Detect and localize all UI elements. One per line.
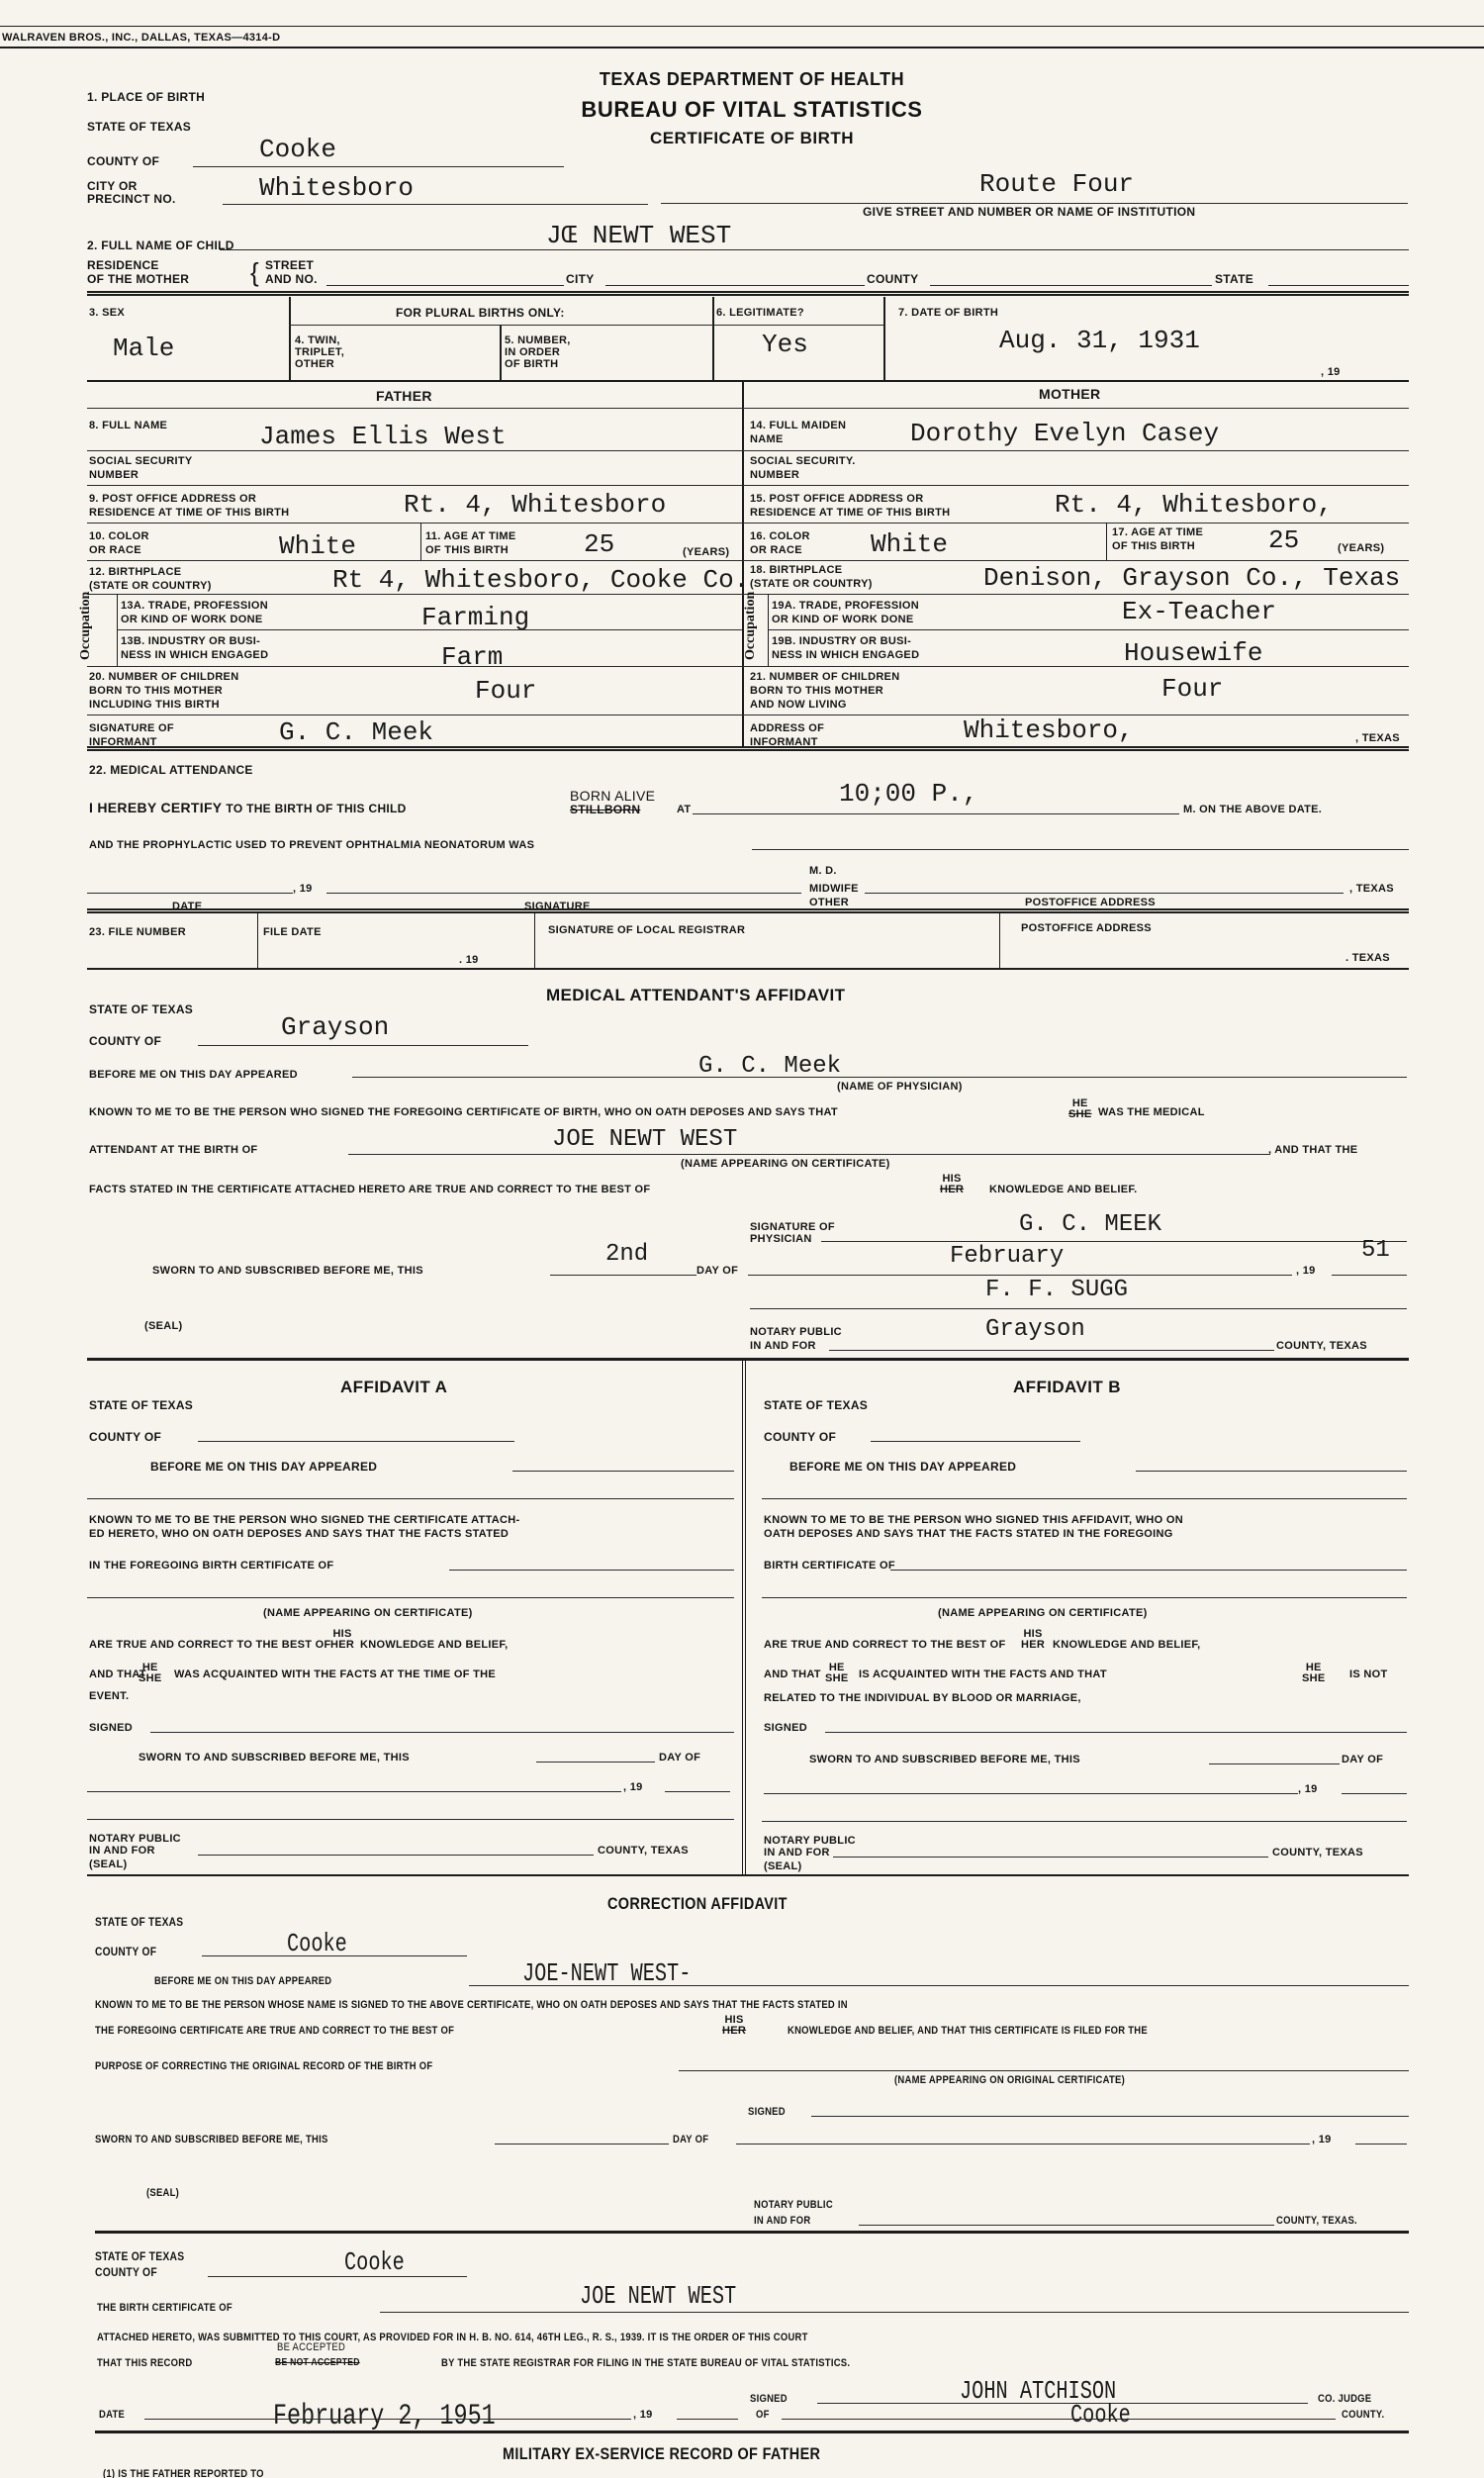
sig-physician-label-2: PHYSICIAN bbox=[750, 1233, 812, 1245]
affidavit-b-title: AFFIDAVIT B bbox=[1013, 1378, 1121, 1397]
mother-years: (YEARS) bbox=[1338, 542, 1384, 554]
corr-notary-line bbox=[859, 2225, 1274, 2226]
father-children-label-3: INCLUDING THIS BIRTH bbox=[89, 699, 220, 711]
aff-b-notary-line bbox=[762, 1821, 1407, 1822]
registrar-label: SIGNATURE OF LOCAL REGISTRAR bbox=[548, 924, 745, 936]
court-date-label: DATE bbox=[99, 2409, 125, 2421]
med-aff-county-line bbox=[198, 1045, 528, 1046]
child-name-value: JŒ NEWT WEST bbox=[546, 222, 731, 249]
father-heading: FATHER bbox=[376, 388, 432, 404]
aff-b-year: , 19 bbox=[1298, 1783, 1318, 1795]
notary-label-1: NOTARY PUBLIC bbox=[750, 1326, 842, 1338]
occ-divider bbox=[768, 594, 769, 667]
mother-heading: MOTHER bbox=[1039, 386, 1100, 402]
mother-children-label-2: BORN TO THIS MOTHER bbox=[750, 685, 883, 697]
med-aff-county-value: Grayson bbox=[281, 1013, 389, 1041]
top-rule bbox=[0, 26, 1484, 27]
corr-signed: SIGNED bbox=[748, 2106, 786, 2118]
judge-county-value: Cooke bbox=[1070, 2401, 1131, 2429]
city-line bbox=[223, 204, 648, 205]
mother-age-label-2: OF THIS BIRTH bbox=[1112, 540, 1195, 552]
med-affidavit-title: MEDICAL ATTENDANT'S AFFIDAVIT bbox=[546, 986, 845, 1005]
street-line bbox=[661, 203, 1408, 204]
father-color-value: White bbox=[279, 532, 356, 560]
col-divider bbox=[999, 912, 1000, 970]
physician-line bbox=[352, 1077, 1407, 1078]
court-year: , 19 bbox=[633, 2409, 653, 2421]
legit-rule bbox=[712, 325, 883, 326]
medical-texas: , TEXAS bbox=[1349, 883, 1394, 895]
aff-a-year-line bbox=[665, 1791, 730, 1792]
aff-b-year-line bbox=[1342, 1793, 1407, 1794]
father-birthplace-label-2: (STATE OR COUNTRY) bbox=[89, 580, 212, 592]
father-birthplace-value: Rt 4, Whitesboro, Cooke Co. bbox=[332, 566, 749, 594]
col-divider bbox=[883, 297, 885, 380]
corr-month-line bbox=[736, 2144, 1310, 2144]
time-suffix: M. ON THE ABOVE DATE. bbox=[1183, 804, 1322, 815]
row-rule bbox=[87, 408, 1409, 409]
res-state-line bbox=[1268, 285, 1409, 286]
aff-a-name-caption: (NAME APPEARING ON CERTIFICATE) bbox=[263, 1607, 473, 1619]
father-ssn-label-2: NUMBER bbox=[89, 469, 139, 481]
affidavit-divider bbox=[742, 1361, 746, 1875]
father-address-value: Rt. 4, Whitesboro bbox=[404, 491, 666, 519]
notary-county-line bbox=[829, 1350, 1274, 1351]
military-title: MILITARY EX-SERVICE RECORD OF FATHER bbox=[503, 2444, 820, 2464]
county-of-label: COUNTY OF bbox=[87, 155, 159, 168]
certificate-title: CERTIFICATE OF BIRTH bbox=[495, 129, 1009, 148]
top-rule-2 bbox=[0, 47, 1484, 48]
was-medical: WAS THE MEDICAL bbox=[1098, 1106, 1205, 1118]
aff-a-he-she: HESHE bbox=[139, 1663, 162, 1684]
court-cert-of: THE BIRTH CERTIFICATE OF bbox=[97, 2302, 232, 2314]
father-ssn-label-1: SOCIAL SECURITY bbox=[89, 455, 193, 467]
knowledge-label: KNOWLEDGE AND BELIEF. bbox=[989, 1184, 1138, 1195]
aff-a-known-1: KNOWN TO ME TO BE THE PERSON WHO SIGNED … bbox=[89, 1514, 519, 1526]
sworn-month-value: February bbox=[950, 1243, 1064, 1271]
father-children-label-2: BORN TO THIS MOTHER bbox=[89, 685, 223, 697]
twin-label-3: OTHER bbox=[295, 358, 334, 370]
she-label: SHE bbox=[1068, 1109, 1092, 1120]
signature-line bbox=[326, 893, 801, 894]
aff-b-name-caption: (NAME APPEARING ON CERTIFICATE) bbox=[938, 1607, 1148, 1619]
corr-day-line bbox=[495, 2144, 669, 2144]
corr-foregoing-post: KNOWLEDGE AND BELIEF, AND THAT THIS CERT… bbox=[788, 2025, 1148, 2037]
section-rule bbox=[95, 2430, 1409, 2433]
she-label: SHE bbox=[139, 1673, 162, 1684]
stillborn-label: STILLBORN bbox=[570, 804, 640, 816]
aff-b-and-that: AND THAT bbox=[764, 1668, 821, 1680]
aff-b-sworn: SWORN TO AND SUBSCRIBED BEFORE ME, THIS bbox=[809, 1754, 1080, 1765]
court-child-name: JOE NEWT WEST bbox=[580, 2282, 736, 2310]
res-county-label: COUNTY bbox=[867, 273, 918, 286]
file-date-label: FILE DATE bbox=[263, 926, 322, 938]
military-q1: (1) IS THE FATHER REPORTED TO bbox=[103, 2468, 264, 2478]
aff-b-notary-1: NOTARY PUBLIC bbox=[764, 1835, 856, 1847]
file-number-label: 23. FILE NUMBER bbox=[89, 926, 186, 938]
corr-seal: (SEAL) bbox=[146, 2187, 179, 2199]
section-rule bbox=[87, 908, 1409, 913]
aff-b-county-texas: COUNTY, TEXAS bbox=[1272, 1847, 1363, 1858]
informant-address-value: Whitesboro, bbox=[964, 716, 1134, 744]
father-address-label-2: RESIDENCE AT TIME OF THIS BIRTH bbox=[89, 507, 289, 519]
col-divider bbox=[1106, 523, 1107, 560]
and-that-label: , AND THAT THE bbox=[1268, 1144, 1357, 1156]
aff-a-county-texas: COUNTY, TEXAS bbox=[598, 1845, 689, 1857]
informant-texas: , TEXAS bbox=[1355, 732, 1400, 744]
mother-children-label-3: AND NOW LIVING bbox=[750, 699, 847, 711]
county-line bbox=[193, 166, 564, 167]
col-divider bbox=[289, 297, 291, 380]
aff-a-day-line bbox=[536, 1762, 655, 1763]
aff-a-true-pre: ARE TRUE AND CORRECT TO THE BEST OF bbox=[89, 1639, 331, 1651]
brace-icon: { bbox=[250, 259, 259, 285]
mother-industry-label-2: NESS IN WHICH ENGAGED bbox=[772, 649, 919, 661]
mother-address-value: Rt. 4, Whitesboro, bbox=[1055, 491, 1333, 519]
mother-birthplace-label-2: (STATE OR COUNTRY) bbox=[750, 578, 873, 590]
mother-birthplace-value: Denison, Grayson Co., Texas bbox=[983, 564, 1400, 592]
affidavit-a-title: AFFIDAVIT A bbox=[340, 1378, 447, 1397]
row-rule bbox=[742, 560, 1409, 561]
father-years: (YEARS) bbox=[683, 546, 729, 558]
father-children-value: Four bbox=[475, 677, 536, 705]
res-county-line bbox=[930, 285, 1212, 286]
aff-a-event: EVENT. bbox=[89, 1690, 129, 1702]
aff-b-related: RELATED TO THE INDIVIDUAL BY BLOOD OR MA… bbox=[764, 1692, 1081, 1704]
postoffice-caption: POSTOFFICE ADDRESS bbox=[1025, 897, 1156, 908]
aff-b-he-she: HESHE bbox=[825, 1663, 849, 1684]
mother-age-label-1: 17. AGE AT TIME bbox=[1112, 526, 1203, 538]
mother-ssn-label-1: SOCIAL SECURITY. bbox=[750, 455, 856, 467]
day-of-label: DAY OF bbox=[696, 1265, 738, 1277]
aff-b-signed-line bbox=[825, 1732, 1407, 1733]
street-label-2: AND NO. bbox=[265, 273, 318, 286]
row-rule bbox=[87, 523, 742, 524]
mother-trade-label-2: OR KIND OF WORK DONE bbox=[772, 614, 914, 625]
judge-line bbox=[817, 2403, 1308, 2404]
occupation-label: Occupation bbox=[78, 591, 94, 660]
corr-his-her: HISHER bbox=[722, 2015, 746, 2037]
aff-b-foregoing: BIRTH CERTIFICATE OF bbox=[764, 1560, 895, 1572]
mother-address-label-2: RESIDENCE AT TIME OF THIS BIRTH bbox=[750, 507, 950, 519]
med-aff-state: STATE OF TEXAS bbox=[89, 1003, 193, 1016]
mother-name-label-2: NAME bbox=[750, 433, 784, 445]
born-alive-label: BORN ALIVE bbox=[570, 790, 655, 803]
corr-state: STATE OF TEXAS bbox=[95, 1916, 183, 1929]
informant-label-1: SIGNATURE OF bbox=[89, 722, 174, 734]
col-divider bbox=[712, 297, 714, 380]
co-judge: CO. JUDGE bbox=[1318, 2393, 1371, 2405]
aff-a-notary-2: IN AND FOR bbox=[89, 1845, 155, 1857]
legit-value: Yes bbox=[762, 331, 808, 358]
father-children-label-1: 20. NUMBER OF CHILDREN bbox=[89, 671, 238, 683]
row-rule bbox=[87, 485, 742, 486]
physician-sig-line bbox=[821, 1241, 1407, 1242]
aff-b-state: STATE OF TEXAS bbox=[764, 1399, 868, 1412]
child-name-line bbox=[348, 1154, 1270, 1155]
county-value: Cooke bbox=[259, 136, 336, 163]
section-rule bbox=[87, 746, 1409, 751]
section-rule bbox=[87, 291, 1409, 296]
court-county-suffix: COUNTY. bbox=[1342, 2409, 1384, 2421]
parents-divider bbox=[742, 380, 744, 748]
be-not-accepted: BE NOT ACCEPTED bbox=[275, 2357, 360, 2369]
aff-b-is-not: IS NOT bbox=[1349, 1668, 1387, 1680]
court-county-value: Cooke bbox=[344, 2248, 405, 2276]
name-caption: (NAME APPEARING ON CERTIFICATE) bbox=[681, 1158, 890, 1170]
court-county-line bbox=[208, 2276, 467, 2277]
mother-children-value: Four bbox=[1161, 675, 1223, 703]
mother-children-label-1: 21. NUMBER OF CHILDREN bbox=[750, 671, 899, 683]
her-label: HER bbox=[940, 1185, 964, 1195]
corr-appeared-line bbox=[469, 1985, 1409, 1986]
aff-a-sworn: SWORN TO AND SUBSCRIBED BEFORE ME, THIS bbox=[139, 1752, 410, 1763]
row-rule bbox=[768, 629, 1409, 630]
aff-b-day-line bbox=[1209, 1763, 1340, 1764]
row-rule bbox=[87, 666, 742, 667]
mother-color-label-2: OR RACE bbox=[750, 544, 802, 556]
year-prefix: , 19 bbox=[293, 883, 313, 895]
notary-name-line bbox=[750, 1308, 1407, 1309]
date-line bbox=[87, 893, 293, 894]
mother-birthplace-label-1: 18. BIRTHPLACE bbox=[750, 564, 842, 576]
occ-divider bbox=[117, 594, 118, 667]
aff-b-foregoing-line bbox=[890, 1570, 1407, 1571]
aff-a-notary-line bbox=[87, 1819, 734, 1820]
aff-a-name-line bbox=[87, 1597, 734, 1598]
col-divider bbox=[420, 523, 421, 560]
notary-name: F. F. SUGG bbox=[985, 1277, 1128, 1304]
med-aff-county-label: COUNTY OF bbox=[89, 1035, 161, 1048]
aff-b-his-her: HISHER bbox=[1021, 1629, 1045, 1651]
court-date-value: February 2, 1951 bbox=[273, 2403, 496, 2430]
corr-signed-line bbox=[811, 2116, 1409, 2117]
state-of-texas-label: STATE OF TEXAS bbox=[87, 121, 191, 134]
twin-label-2: TRIPLET, bbox=[295, 346, 344, 358]
mother-color-label-1: 16. COLOR bbox=[750, 530, 810, 542]
court-child-line bbox=[380, 2312, 1409, 2313]
printer-line: WALRAVEN BROS., INC., DALLAS, TEXAS—4314… bbox=[2, 32, 280, 44]
at-label: AT bbox=[677, 804, 691, 815]
dob-value: Aug. 31, 1931 bbox=[999, 327, 1200, 354]
legit-label: 6. LEGITIMATE? bbox=[716, 307, 804, 319]
section-rule bbox=[95, 2231, 1409, 2234]
child-name-label: 2. FULL NAME OF CHILD bbox=[87, 239, 234, 252]
plural-births-label: FOR PLURAL BIRTHS ONLY: bbox=[396, 307, 565, 320]
col-divider bbox=[500, 325, 502, 380]
corr-appeared-name: JOE-NEWT WEST- bbox=[522, 1959, 691, 1987]
corr-day-of: DAY OF bbox=[673, 2134, 708, 2145]
number-label-1: 5. NUMBER, bbox=[505, 334, 571, 346]
father-color-label-2: OR RACE bbox=[89, 544, 141, 556]
aff-a-month-line bbox=[87, 1791, 621, 1792]
row-rule bbox=[87, 594, 742, 595]
corr-notary-1: NOTARY PUBLIC bbox=[754, 2199, 833, 2211]
section-rule bbox=[87, 1358, 1409, 1361]
aff-b-known-1: KNOWN TO ME TO BE THE PERSON WHO SIGNED … bbox=[764, 1514, 1183, 1526]
mother-industry-value: Housewife bbox=[1124, 639, 1262, 667]
corr-county-line bbox=[202, 1955, 467, 1956]
father-birthplace-label-1: 12. BIRTHPLACE bbox=[89, 566, 181, 578]
father-trade-label-2: OR KIND OF WORK DONE bbox=[121, 614, 263, 625]
other-label: OTHER bbox=[809, 897, 849, 908]
row-rule bbox=[87, 560, 742, 561]
his-her-stack: HISHER bbox=[940, 1174, 964, 1195]
he-she-stack: HESHE bbox=[1068, 1098, 1092, 1120]
res-city-line bbox=[605, 285, 865, 286]
mother-trade-value: Ex-Teacher bbox=[1122, 598, 1276, 625]
street-label-1: STREET bbox=[265, 259, 314, 272]
sex-value: Male bbox=[113, 334, 174, 362]
row-rule bbox=[117, 629, 742, 630]
street-value: Route Four bbox=[979, 170, 1134, 198]
father-occupation-side: Occupation bbox=[51, 618, 121, 637]
aff-a-acquainted: WAS ACQUAINTED WITH THE FACTS AT THE TIM… bbox=[174, 1668, 496, 1680]
father-industry-label-1: 13B. INDUSTRY OR BUSI- bbox=[121, 635, 260, 647]
father-color-label-1: 10. COLOR bbox=[89, 530, 149, 542]
street-caption: GIVE STREET AND NUMBER OR NAME OF INSTIT… bbox=[863, 206, 1195, 219]
court-by-registrar: BY THE STATE REGISTRAR FOR FILING IN THE… bbox=[441, 2357, 850, 2369]
aff-a-notary-1: NOTARY PUBLIC bbox=[89, 1833, 181, 1845]
residence-label-2: OF THE MOTHER bbox=[87, 273, 189, 286]
seal-label: (SEAL) bbox=[144, 1320, 182, 1332]
postoffice-line bbox=[865, 893, 1344, 894]
res-city-label: CITY bbox=[566, 273, 595, 286]
number-label-3: OF BIRTH bbox=[505, 358, 558, 370]
aff-b-appeared-line bbox=[1136, 1471, 1407, 1472]
prophylactic-label: AND THE PROPHYLACTIC USED TO PREVENT OPH… bbox=[89, 839, 534, 851]
aff-b-name-line bbox=[762, 1597, 1407, 1598]
aff-a-county-line-2 bbox=[198, 1855, 594, 1856]
dob-label: 7. DATE OF BIRTH bbox=[898, 307, 998, 319]
notary-label-2: IN AND FOR bbox=[750, 1340, 816, 1352]
month-line bbox=[748, 1275, 1292, 1276]
med-aff-appeared: BEFORE ME ON THIS DAY APPEARED bbox=[89, 1069, 298, 1081]
corr-county-texas: COUNTY, TEXAS. bbox=[1276, 2215, 1357, 2227]
sworn-label: SWORN TO AND SUBSCRIBED BEFORE ME, THIS bbox=[152, 1265, 423, 1277]
sex-label: 3. SEX bbox=[89, 307, 125, 319]
mother-industry-label-1: 19B. INDUSTRY OR BUSI- bbox=[772, 635, 911, 647]
aff-b-acquainted: IS ACQUAINTED WITH THE FACTS AND THAT bbox=[859, 1668, 1107, 1680]
col-divider bbox=[534, 912, 535, 970]
sworn-day-value: 2nd bbox=[605, 1241, 648, 1269]
mother-color-value: White bbox=[871, 530, 948, 558]
birth-time-value: 10;00 P., bbox=[839, 780, 977, 808]
notary-county-value: Grayson bbox=[985, 1316, 1085, 1344]
physician-signature: G. C. MEEK bbox=[1019, 1211, 1161, 1239]
mother-age-value: 25 bbox=[1268, 526, 1299, 554]
aff-b-county-line bbox=[871, 1441, 1080, 1442]
plural-rule bbox=[289, 325, 712, 326]
aff-b-county-line-2 bbox=[833, 1857, 1268, 1858]
corr-purpose: PURPOSE OF CORRECTING THE ORIGINAL RECOR… bbox=[95, 2060, 432, 2072]
md-label: M. D. bbox=[809, 865, 837, 877]
mother-name-label-1: 14. FULL MAIDEN bbox=[750, 420, 846, 431]
her-label: HER bbox=[722, 2026, 746, 2037]
row-rule bbox=[742, 523, 1409, 524]
corr-year: , 19 bbox=[1312, 2134, 1332, 2145]
aff-b-signed: SIGNED bbox=[764, 1722, 807, 1734]
aff-b-line bbox=[762, 1498, 1407, 1499]
year-prefix: , 19 bbox=[1296, 1265, 1316, 1277]
row-rule bbox=[742, 666, 1409, 667]
correction-title: CORRECTION AFFIDAVIT bbox=[607, 1894, 788, 1914]
aff-a-foregoing-line bbox=[449, 1570, 734, 1571]
aff-a-line bbox=[87, 1498, 734, 1499]
aff-b-seal: (SEAL) bbox=[764, 1860, 801, 1872]
father-name-label: 8. FULL NAME bbox=[89, 420, 167, 431]
aff-a-appeared: BEFORE ME ON THIS DAY APPEARED bbox=[150, 1461, 377, 1474]
aff-a-county-line bbox=[198, 1441, 514, 1442]
corr-foregoing-pre: THE FOREGOING CERTIFICATE ARE TRUE AND C… bbox=[95, 2025, 454, 2037]
aff-b-notary-2: IN AND FOR bbox=[764, 1847, 830, 1858]
day-line bbox=[550, 1275, 696, 1276]
section-rule bbox=[87, 380, 1409, 382]
certify-line: I HEREBY CERTIFY TO THE BIRTH OF THIS CH… bbox=[89, 800, 407, 816]
court-state: STATE OF TEXAS bbox=[95, 2250, 184, 2263]
father-industry-label-2: NESS IN WHICH ENGAGED bbox=[121, 649, 268, 661]
row-rule bbox=[87, 450, 742, 451]
aff-b-appeared: BEFORE ME ON THIS DAY APPEARED bbox=[789, 1461, 1016, 1474]
court-that-record: THAT THIS RECORD bbox=[97, 2357, 192, 2369]
row-rule bbox=[87, 715, 742, 715]
corr-county-label: COUNTY OF bbox=[95, 1946, 156, 1958]
aff-a-signed-line bbox=[150, 1732, 734, 1733]
aff-b-known-2: OATH DEPOSES AND SAYS THAT THE FACTS STA… bbox=[764, 1528, 1173, 1540]
aff-a-day-of: DAY OF bbox=[659, 1752, 700, 1763]
number-label-2: IN ORDER bbox=[505, 346, 560, 358]
aff-b-true-post: KNOWLEDGE AND BELIEF, bbox=[1053, 1639, 1201, 1651]
mother-ssn-label-2: NUMBER bbox=[750, 469, 799, 481]
sig-physician-label-1: SIGNATURE OF bbox=[750, 1221, 835, 1233]
section-rule bbox=[87, 968, 1409, 970]
facts-label: FACTS STATED IN THE CERTIFICATE ATTACHED… bbox=[89, 1184, 650, 1195]
certify-bold: I HEREBY CERTIFY bbox=[89, 800, 222, 815]
aff-b-he-she-2: HESHE bbox=[1302, 1663, 1326, 1684]
med-aff-known: KNOWN TO ME TO BE THE PERSON WHO SIGNED … bbox=[89, 1106, 838, 1118]
mother-trade-label-1: 19A. TRADE, PROFESSION bbox=[772, 600, 919, 612]
county-texas: COUNTY, TEXAS bbox=[1276, 1340, 1367, 1352]
father-name-value: James Ellis West bbox=[259, 423, 507, 450]
aff-a-seal: (SEAL) bbox=[89, 1858, 127, 1870]
aff-a-foregoing: IN THE FOREGOING BIRTH CERTIFICATE OF bbox=[89, 1560, 333, 1572]
corr-orig-caption: (NAME APPEARING ON ORIGINAL CERTIFICATE) bbox=[894, 2074, 1125, 2086]
attendant-label: ATTENDANT AT THE BIRTH OF bbox=[89, 1144, 257, 1156]
child-name-line bbox=[220, 249, 1409, 250]
father-address-label-1: 9. POST OFFICE ADDRESS OR bbox=[89, 493, 256, 505]
father-trade-label-1: 13A. TRADE, PROFESSION bbox=[121, 600, 268, 612]
street-line bbox=[326, 285, 564, 286]
father-age-label-1: 11. AGE AT TIME bbox=[425, 530, 516, 542]
aff-b-true-pre: ARE TRUE AND CORRECT TO THE BEST OF bbox=[764, 1639, 1006, 1651]
father-trade-value: Farming bbox=[421, 604, 529, 631]
year-line bbox=[1332, 1275, 1407, 1276]
aff-a-appeared-line bbox=[512, 1471, 734, 1472]
city-value: Whitesboro bbox=[259, 174, 414, 202]
mother-address-label-1: 15. POST OFFICE ADDRESS OR bbox=[750, 493, 923, 505]
her-label: HER bbox=[1021, 1640, 1045, 1651]
aff-b-county-label: COUNTY OF bbox=[764, 1431, 836, 1444]
corr-purpose-line bbox=[679, 2070, 1409, 2071]
be-accepted: BE ACCEPTED bbox=[277, 2341, 345, 2353]
corr-county-value: Cooke bbox=[287, 1930, 347, 1957]
certify-rest: TO THE BIRTH OF THIS CHILD bbox=[226, 802, 406, 815]
court-attached: ATTACHED HERETO, WAS SUBMITTED TO THIS C… bbox=[97, 2332, 808, 2343]
court-of: OF bbox=[756, 2409, 770, 2421]
aff-a-signed: SIGNED bbox=[89, 1722, 133, 1734]
corr-appeared: BEFORE ME ON THIS DAY APPEARED bbox=[154, 1975, 331, 1987]
aff-a-state: STATE OF TEXAS bbox=[89, 1399, 193, 1412]
